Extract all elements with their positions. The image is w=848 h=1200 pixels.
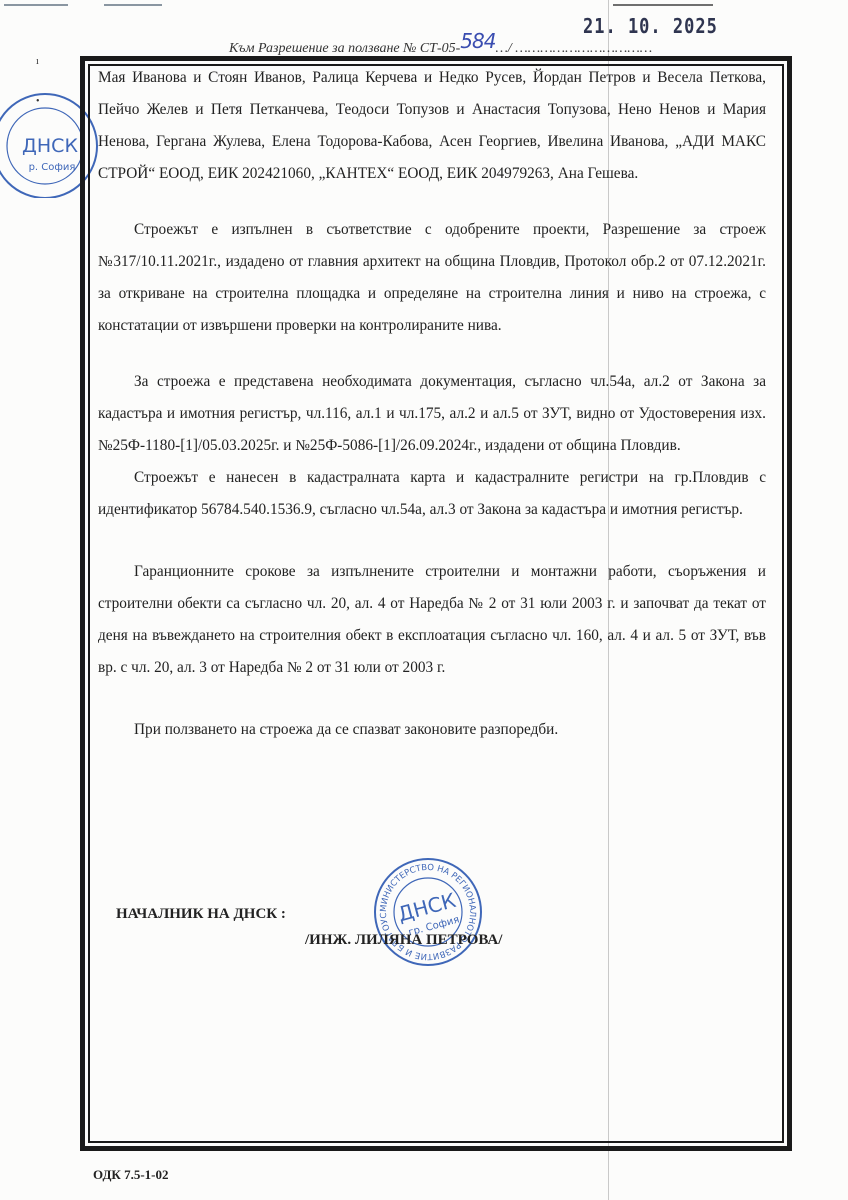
form-code: ОДК 7.5-1-02 bbox=[93, 1167, 169, 1183]
owners-list-paragraph: Мая Иванова и Стоян Иванов, Ралица Керче… bbox=[98, 62, 766, 190]
signatory-name: /ИНЖ. ЛИЛЯНА ПЕТРОВА/ bbox=[305, 932, 502, 949]
cadastre-paragraph: Строежът е нанесен в кадастралната карта… bbox=[98, 462, 766, 526]
svg-text:р. София: р. София bbox=[29, 162, 76, 173]
documentation-paragraph: За строежа е представена необходимата до… bbox=[98, 366, 766, 462]
scan-artifact-mark bbox=[4, 4, 68, 6]
handwritten-permit-number: 584 bbox=[460, 29, 495, 53]
permit-reference-prefix: Към Разрешение за ползване № СТ-05- bbox=[229, 41, 460, 56]
usage-compliance-paragraph: При ползването на строежа да се спазват … bbox=[98, 714, 766, 746]
signatory-title: НАЧАЛНИК НА ДНСК : bbox=[116, 906, 286, 923]
svg-text:ДНСК: ДНСК bbox=[22, 135, 78, 157]
document-body: Мая Иванова и Стоян Иванов, Ралица Керче… bbox=[98, 62, 766, 746]
scan-artifact-mark bbox=[104, 4, 162, 6]
margin-mark: ı bbox=[36, 56, 39, 67]
official-stamp-icon: МИНИСТЕРСТВО НА РЕГИОНАЛНОТО РАЗВИТИЕ И … bbox=[372, 856, 484, 968]
date-stamp: 21. 10. 2025 bbox=[583, 15, 718, 39]
permit-reference-suffix: …/ …………………………… bbox=[495, 41, 652, 56]
construction-compliance-paragraph: Строежът е изпълнен в съответствие с одо… bbox=[98, 214, 766, 342]
scan-artifact-mark bbox=[613, 4, 713, 6]
warranty-paragraph: Гаранционните срокове за изпълнените стр… bbox=[98, 556, 766, 684]
